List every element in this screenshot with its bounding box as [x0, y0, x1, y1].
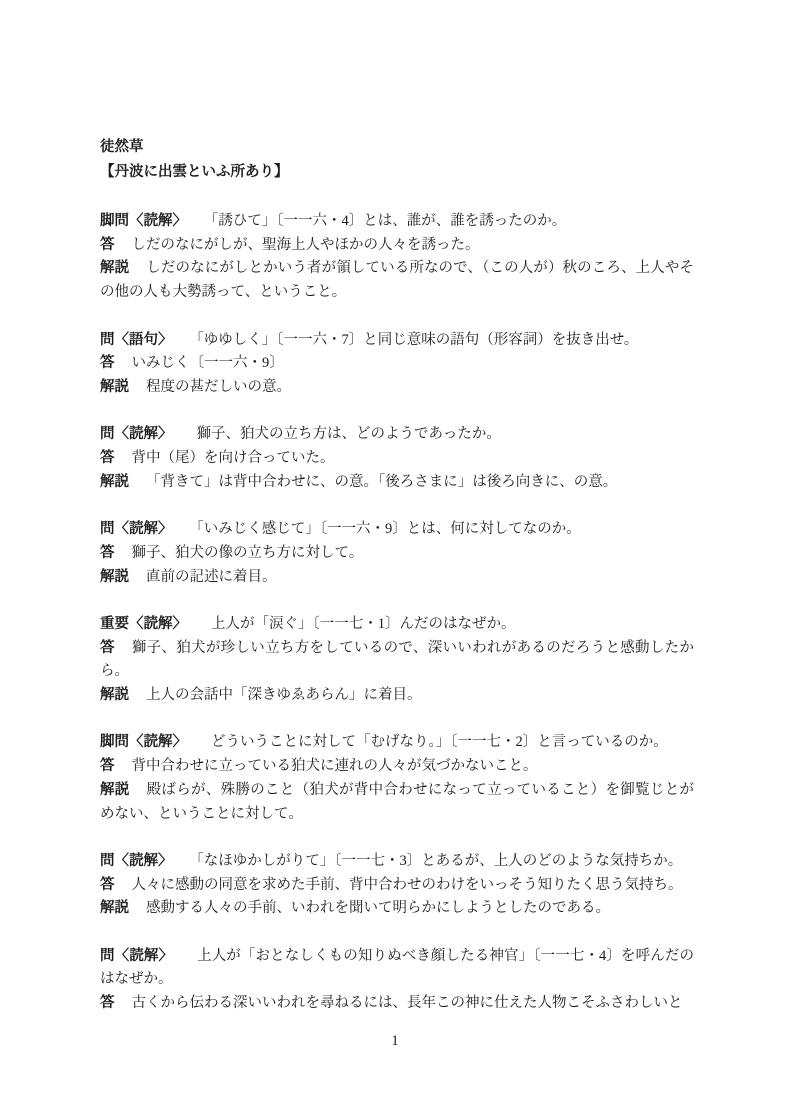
question-label: 問〈読解〉 — [100, 948, 173, 964]
question-line: 脚問〈読解〉どういうことに対して「むげなり。」〔一一七・2〕と言っているのか。 — [100, 731, 694, 755]
answer-text: 背中合わせに立っている狛犬に連れの人々が気づかないこと。 — [132, 758, 538, 774]
answer-label: 答 — [100, 545, 115, 561]
qa-block-6: 脚問〈読解〉どういうことに対して「むげなり。」〔一一七・2〕と言っているのか。 … — [100, 731, 694, 826]
explanation-text: 感動する人々の手前、いわれを聞いて明らかにしようとしたのである。 — [146, 900, 610, 916]
answer-line: 答獅子、狛犬の像の立ち方に対して。 — [100, 542, 694, 566]
explanation-line: 解説しだのなにがしとかいう者が領している所なので、（この人が）秋のころ、上人やそ… — [100, 257, 694, 304]
document-page: 徒然草 【丹波に出雲といふ所あり】 脚問〈読解〉「誘ひて」〔一一六・4〕とは、誰… — [0, 0, 790, 1117]
question-label: 脚問〈読解〉 — [100, 213, 187, 229]
answer-text: いみじく〔一一六・9〕 — [132, 355, 284, 371]
explanation-line: 解説上人の会話中「深きゆゑあらん」に着目。 — [100, 684, 694, 708]
explanation-line: 解説程度の甚だしいの意。 — [100, 376, 694, 400]
explanation-line: 解説殿ばらが、殊勝のこと（狛犬が背中合わせになって立っていること）を御覧じとがめ… — [100, 779, 694, 826]
explanation-label: 解説 — [100, 379, 129, 395]
answer-line: 答しだのなにがしが、聖海上人やほかの人々を誘った。 — [100, 234, 694, 258]
qa-list: 脚問〈読解〉「誘ひて」〔一一六・4〕とは、誰が、誰を誘ったのか。 答しだのなにが… — [100, 210, 694, 1016]
explanation-label: 解説 — [100, 260, 129, 276]
answer-text: 背中（尾）を向け合っていた。 — [132, 450, 335, 466]
explanation-label: 解説 — [100, 569, 129, 585]
qa-block-7: 問〈読解〉「なほゆかしがりて」〔一一七・3〕とあるが、上人のどのような気持ちか。… — [100, 850, 694, 921]
explanation-line: 解説直前の記述に着目。 — [100, 566, 694, 590]
answer-label: 答 — [100, 640, 115, 656]
explanation-text: 直前の記述に着目。 — [146, 569, 277, 585]
answer-text: 獅子、狛犬が珍しい立ち方をしているので、深いいわれがあるのだろうと感動したから。 — [100, 640, 694, 680]
question-label: 重要〈読解〉 — [100, 616, 187, 632]
explanation-text: 「背きて」は背中合わせに、の意。「後ろさまに」は後ろ向きに、の意。 — [146, 474, 617, 490]
qa-block-3: 問〈読解〉獅子、狛犬の立ち方は、どのようであったか。 答背中（尾）を向け合ってい… — [100, 423, 694, 494]
answer-label: 答 — [100, 758, 115, 774]
explanation-label: 解説 — [100, 900, 129, 916]
question-label: 問〈読解〉 — [100, 521, 173, 537]
question-line: 問〈読解〉獅子、狛犬の立ち方は、どのようであったか。 — [100, 423, 694, 447]
document-title: 徒然草 — [100, 135, 694, 160]
question-text: 「なほゆかしがりて」〔一一七・3〕とあるが、上人のどのような気持ちか。 — [197, 853, 683, 869]
answer-line: 答獅子、狛犬が珍しい立ち方をしているので、深いいわれがあるのだろうと感動したから… — [100, 637, 694, 684]
question-text: 上人が「おとなしくもの知りぬべき顔したる神官」〔一一七・4〕を呼んだのはなぜか。 — [100, 948, 694, 988]
explanation-label: 解説 — [100, 687, 129, 703]
answer-text: 獅子、狛犬の像の立ち方に対して。 — [132, 545, 364, 561]
answer-label: 答 — [100, 450, 115, 466]
answer-line: 答背中（尾）を向け合っていた。 — [100, 447, 694, 471]
qa-block-4: 問〈読解〉「いみじく感じて」〔一一六・9〕とは、何に対してなのか。 答獅子、狛犬… — [100, 518, 694, 589]
answer-text: しだのなにがしが、聖海上人やほかの人々を誘った。 — [132, 237, 480, 253]
explanation-text: しだのなにがしとかいう者が領している所なので、（この人が）秋のころ、上人やその他… — [100, 260, 694, 300]
question-line: 問〈読解〉「いみじく感じて」〔一一六・9〕とは、何に対してなのか。 — [100, 518, 694, 542]
question-text: 上人が「涙ぐ」〔一一七・1〕んだのはなぜか。 — [211, 616, 516, 632]
question-label: 問〈語句〉 — [100, 332, 173, 348]
explanation-text: 上人の会話中「深きゆゑあらん」に着目。 — [146, 687, 422, 703]
question-text: 獅子、狛犬の立ち方は、どのようであったか。 — [197, 426, 501, 442]
qa-block-5: 重要〈読解〉上人が「涙ぐ」〔一一七・1〕んだのはなぜか。 答獅子、狛犬が珍しい立… — [100, 613, 694, 708]
question-text: 「いみじく感じて」〔一一六・9〕とは、何に対してなのか。 — [197, 521, 581, 537]
question-text: どういうことに対して「むげなり。」〔一一七・2〕と言っているのか。 — [211, 734, 668, 750]
section-heading: 【丹波に出雲といふ所あり】 — [100, 160, 694, 185]
question-line: 問〈読解〉上人が「おとなしくもの知りぬべき顔したる神官」〔一一七・4〕を呼んだの… — [100, 945, 694, 992]
question-text: 「ゆゆしく」〔一一六・7〕と同じ意味の語句（形容詞）を抜き出せ。 — [197, 332, 639, 348]
answer-line: 答古くから伝わる深いいわれを尋ねるには、長年この神に仕えた人物こそふさわしいと — [100, 992, 694, 1016]
question-line: 問〈読解〉「なほゆかしがりて」〔一一七・3〕とあるが、上人のどのような気持ちか。 — [100, 850, 694, 874]
explanation-line: 解説「背きて」は背中合わせに、の意。「後ろさまに」は後ろ向きに、の意。 — [100, 471, 694, 495]
question-label: 問〈読解〉 — [100, 853, 173, 869]
explanation-line: 解説感動する人々の手前、いわれを聞いて明らかにしようとしたのである。 — [100, 897, 694, 921]
qa-block-1: 脚問〈読解〉「誘ひて」〔一一六・4〕とは、誰が、誰を誘ったのか。 答しだのなにが… — [100, 210, 694, 305]
answer-text: 古くから伝わる深いいわれを尋ねるには、長年この神に仕えた人物こそふさわしいと — [132, 995, 683, 1011]
answer-label: 答 — [100, 355, 115, 371]
page-number: 1 — [0, 1030, 790, 1054]
answer-text: 人々に感動の同意を求めた手前、背中合わせのわけをいっそう知りたく思う気持ち。 — [132, 877, 683, 893]
answer-label: 答 — [100, 237, 115, 253]
question-label: 問〈読解〉 — [100, 426, 173, 442]
explanation-text: 殿ばらが、殊勝のこと（狛犬が背中合わせになって立っていること）を御覧じとがめない… — [100, 782, 694, 822]
question-line: 重要〈読解〉上人が「涙ぐ」〔一一七・1〕んだのはなぜか。 — [100, 613, 694, 637]
question-line: 問〈語句〉「ゆゆしく」〔一一六・7〕と同じ意味の語句（形容詞）を抜き出せ。 — [100, 329, 694, 353]
qa-block-2: 問〈語句〉「ゆゆしく」〔一一六・7〕と同じ意味の語句（形容詞）を抜き出せ。 答い… — [100, 329, 694, 400]
answer-label: 答 — [100, 995, 115, 1011]
explanation-label: 解説 — [100, 474, 129, 490]
qa-block-8: 問〈読解〉上人が「おとなしくもの知りぬべき顔したる神官」〔一一七・4〕を呼んだの… — [100, 945, 694, 1016]
answer-line: 答人々に感動の同意を求めた手前、背中合わせのわけをいっそう知りたく思う気持ち。 — [100, 874, 694, 898]
answer-label: 答 — [100, 877, 115, 893]
question-line: 脚問〈読解〉「誘ひて」〔一一六・4〕とは、誰が、誰を誘ったのか。 — [100, 210, 694, 234]
question-text: 「誘ひて」〔一一六・4〕とは、誰が、誰を誘ったのか。 — [211, 213, 566, 229]
answer-line: 答いみじく〔一一六・9〕 — [100, 352, 694, 376]
explanation-label: 解説 — [100, 782, 130, 798]
question-label: 脚問〈読解〉 — [100, 734, 187, 750]
answer-line: 答背中合わせに立っている狛犬に連れの人々が気づかないこと。 — [100, 755, 694, 779]
explanation-text: 程度の甚だしいの意。 — [146, 379, 291, 395]
